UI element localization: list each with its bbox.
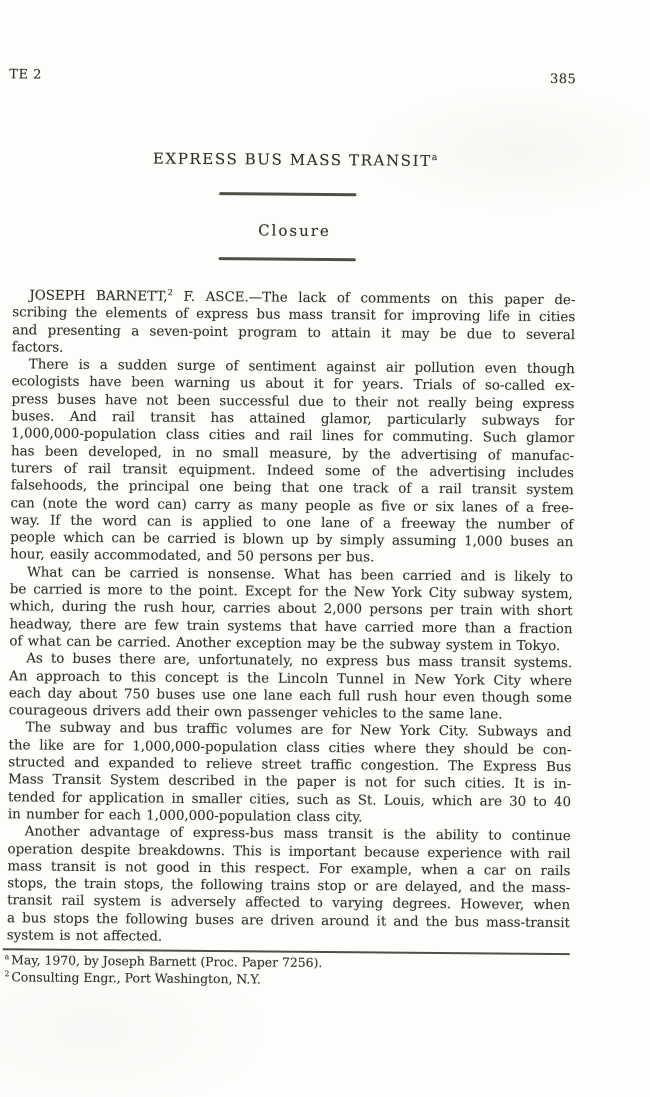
page-number: 385 xyxy=(550,72,576,87)
paragraph: Another advantage of express-bus mass tr… xyxy=(7,823,571,949)
paragraph: The subway and bus traffic volumes are f… xyxy=(8,720,572,829)
paragraph: What can be carried is nonsense. What ha… xyxy=(9,564,573,655)
footnote-line: 2Consulting Engr., Port Washington, N.Y. xyxy=(4,968,569,990)
footnotes: aMay, 1970, by Joseph Barnett (Proc. Pap… xyxy=(4,951,569,990)
paper-title: EXPRESS BUS MASS TRANSITa xyxy=(14,148,577,171)
scanned-journal-page: TE 2 385 EXPRESS BUS MASS TRANSITa Closu… xyxy=(0,0,650,1097)
title-divider-rule xyxy=(219,192,356,196)
page-content: TE 2 385 EXPRESS BUS MASS TRANSITa Closu… xyxy=(0,0,650,1097)
paper-body: JOSEPH BARNETT,2 F. ASCE.—The lack of co… xyxy=(7,287,576,949)
paragraph: There is a sudden surge of sentiment aga… xyxy=(10,356,575,568)
running-head: TE 2 385 xyxy=(9,67,576,87)
paragraph: JOSEPH BARNETT,2 F. ASCE.—The lack of co… xyxy=(12,287,576,361)
journal-issue-code: TE 2 xyxy=(9,67,42,82)
closure-divider-rule xyxy=(219,257,356,261)
paragraph: As to buses there are, unfortunately, no… xyxy=(9,651,573,725)
section-heading: Closure xyxy=(13,219,576,242)
